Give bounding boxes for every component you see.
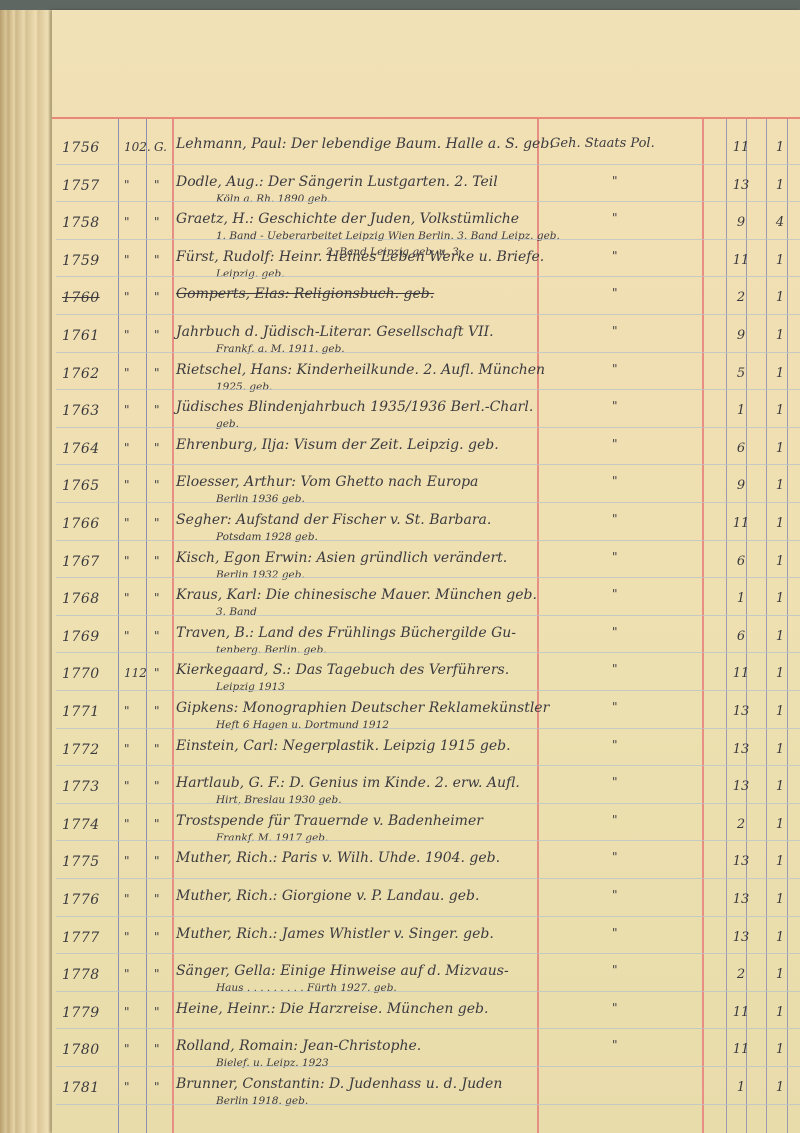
- entry-number: 1759: [62, 253, 100, 269]
- ditto-mark: ": [612, 512, 618, 526]
- ditto-mark: ": [612, 550, 618, 564]
- ditto-mark: ": [612, 362, 618, 376]
- row-rule: [56, 803, 800, 804]
- quantity: 13: [728, 742, 754, 757]
- ledger-row: 1766 " " Segher: Aufstand der Fischer v.…: [52, 506, 800, 543]
- entry-number: 1772: [62, 742, 100, 758]
- quantity: 13: [728, 854, 754, 869]
- row-rule: [56, 577, 800, 578]
- title-text: Kisch, Egon Erwin: Asien gründlich verän…: [176, 550, 507, 566]
- reference-mark: ": [124, 554, 130, 568]
- ledger-row: 1759 " " Fürst, Rudolf: Heinr. Heines Le…: [52, 243, 800, 280]
- ditto-mark: ": [612, 700, 618, 714]
- signature-mark: ": [154, 817, 160, 831]
- imprint-text: Leipzig 1913: [176, 681, 285, 693]
- ledger-row: 1761 " " Jahrbuch d. Jüdisch-Literar. Ge…: [52, 318, 800, 355]
- title-text: Lehmann, Paul: Der lebendige Baum. Halle…: [176, 136, 554, 152]
- quantity: 1: [728, 403, 754, 418]
- count: 1: [770, 854, 790, 869]
- count: 1: [770, 478, 790, 493]
- count: 1: [770, 441, 790, 456]
- row-rule: [56, 389, 800, 390]
- reference-mark: ": [124, 478, 130, 492]
- quantity: 2: [728, 817, 754, 832]
- count: 1: [770, 666, 790, 681]
- reference-mark: ": [124, 817, 130, 831]
- reference-mark: ": [124, 1005, 130, 1019]
- row-rule: [56, 840, 800, 841]
- reference-mark: ": [124, 704, 130, 718]
- row-rule: [56, 765, 800, 766]
- entry-number: 1768: [62, 591, 100, 607]
- count: 1: [770, 290, 790, 305]
- ledger-row: 1770 112 " Kierkegaard, S.: Das Tagebuch…: [52, 656, 800, 693]
- quantity: 11: [728, 253, 754, 268]
- imprint-text: [176, 945, 216, 957]
- quantity: 11: [728, 516, 754, 531]
- ditto-mark: ": [612, 474, 618, 488]
- imprint-text: Heft 6 Hagen u. Dortmund 1912: [176, 719, 389, 731]
- signature-mark: ": [154, 591, 160, 605]
- reference-mark: ": [124, 779, 130, 793]
- signature-mark: ": [154, 516, 160, 530]
- signature-mark: ": [154, 967, 160, 981]
- page-edges: [0, 10, 60, 1133]
- title-text: Eloesser, Arthur: Vom Ghetto nach Europa: [176, 474, 478, 490]
- imprint-text: 1. Band - Ueberarbeitet Leipzig Wien Ber…: [176, 230, 560, 242]
- row-rule: [56, 728, 800, 729]
- signature-mark: ": [154, 704, 160, 718]
- title-text: Brunner, Constantin: D. Judenhass u. d. …: [176, 1076, 502, 1092]
- ledger-row: 1758 " " Graetz, H.: Geschichte der Jude…: [52, 205, 800, 242]
- reference-mark: ": [124, 366, 130, 380]
- reference-mark: ": [124, 892, 130, 906]
- reference-mark: ": [124, 178, 130, 192]
- signature-mark: ": [154, 854, 160, 868]
- ledger-row: 1762 " " Rietschel, Hans: Kinderheilkund…: [52, 356, 800, 393]
- count: 1: [770, 1005, 790, 1020]
- quantity: 13: [728, 892, 754, 907]
- entry-number: 1763: [62, 403, 100, 419]
- signature-mark: ": [154, 779, 160, 793]
- entry-number: 1765: [62, 478, 100, 494]
- ditto-mark: ": [612, 1038, 618, 1052]
- ditto-mark: ": [612, 587, 618, 601]
- title-text: Muther, Rich.: James Whistler v. Singer.…: [176, 926, 494, 942]
- ditto-mark: ": [612, 286, 618, 300]
- imprint-text: Frankf. a. M. 1911. geb.: [176, 343, 345, 355]
- imprint-text: [176, 869, 216, 881]
- row-rule: [56, 916, 800, 917]
- count: 1: [770, 366, 790, 381]
- count: 1: [770, 140, 790, 155]
- signature-mark: G.: [154, 140, 167, 154]
- row-rule: [56, 1028, 800, 1029]
- imprint-text: 1925. geb.: [176, 381, 272, 393]
- title-text: Einstein, Carl: Negerplastik. Leipzig 19…: [176, 738, 511, 754]
- title-text: Rietschel, Hans: Kinderheilkunde. 2. Auf…: [176, 362, 545, 378]
- ditto-mark: ": [612, 1001, 618, 1015]
- count: 1: [770, 704, 790, 719]
- row-rule: [56, 991, 800, 992]
- ledger-row: 1774 " " Trostspende für Trauernde v. Ba…: [52, 807, 800, 844]
- quantity: 6: [728, 554, 754, 569]
- ditto-mark: ": [612, 738, 618, 752]
- count: 1: [770, 742, 790, 757]
- row-rule: [56, 276, 800, 277]
- imprint-text: Berlin 1932 geb.: [176, 569, 305, 581]
- imprint-text: Leipzig. geb.: [176, 268, 285, 280]
- entry-number: 1767: [62, 554, 100, 570]
- ditto-mark: ": [612, 662, 618, 676]
- entry-number: 1779: [62, 1005, 100, 1021]
- title-text: Graetz, H.: Geschichte der Juden, Volkst…: [176, 211, 519, 227]
- signature-mark: ": [154, 290, 160, 304]
- title-text: Fürst, Rudolf: Heinr. Heines Leben Werke…: [176, 249, 544, 265]
- signature-mark: ": [154, 215, 160, 229]
- imprint-text-2: [176, 171, 326, 183]
- count: 1: [770, 516, 790, 531]
- entry-number: 1775: [62, 854, 100, 870]
- ledger-row: 1777 " " Muther, Rich.: James Whistler v…: [52, 920, 800, 957]
- count: 1: [770, 892, 790, 907]
- reference-mark: ": [124, 629, 130, 643]
- ditto-mark: ": [612, 249, 618, 263]
- count: 1: [770, 591, 790, 606]
- reference-mark: ": [124, 591, 130, 605]
- signature-mark: ": [154, 178, 160, 192]
- ditto-mark: ": [612, 813, 618, 827]
- imprint-text-2: [176, 1111, 326, 1123]
- reference-mark: ": [124, 1080, 130, 1094]
- signature-mark: ": [154, 666, 160, 680]
- signature-mark: ": [154, 1005, 160, 1019]
- ledger-row: 1768 " " Kraus, Karl: Die chinesische Ma…: [52, 581, 800, 618]
- count: 1: [770, 779, 790, 794]
- title-text: Heine, Heinr.: Die Harzreise. München ge…: [176, 1001, 488, 1017]
- entry-title: Brunner, Constantin: D. Judenhass u. d. …: [176, 1076, 502, 1124]
- title-text: Kierkegaard, S.: Das Tagebuch des Verfüh…: [176, 662, 509, 678]
- ditto-mark: ": [612, 324, 618, 338]
- title-text: Traven, B.: Land des Frühlings Büchergil…: [176, 625, 516, 641]
- source-text: Geh. Staats Pol.: [550, 136, 655, 151]
- row-rule: [56, 1066, 800, 1067]
- ledger-row: 1767 " " Kisch, Egon Erwin: Asien gründl…: [52, 544, 800, 581]
- reference-mark: ": [124, 403, 130, 417]
- reference-mark: ": [124, 328, 130, 342]
- ditto-mark: ": [612, 926, 618, 940]
- quantity: 2: [728, 290, 754, 305]
- signature-mark: ": [154, 478, 160, 492]
- scan-top-border: [0, 0, 800, 10]
- count: 1: [770, 403, 790, 418]
- signature-mark: ": [154, 892, 160, 906]
- entry-number: 1760: [62, 290, 100, 306]
- imprint-text: Berlin 1918. geb.: [176, 1095, 308, 1107]
- imprint-text: [176, 155, 216, 167]
- quantity: 9: [728, 215, 754, 230]
- row-rule: [56, 690, 800, 691]
- entry-number: 1769: [62, 629, 100, 645]
- ledger-row: 1771 " " Gipkens: Monographien Deutscher…: [52, 694, 800, 731]
- quantity: 5: [728, 366, 754, 381]
- entry-number: 1766: [62, 516, 100, 532]
- row-rule: [56, 427, 800, 428]
- imprint-text: Berlin 1936 geb.: [176, 493, 305, 505]
- row-rule: [56, 352, 800, 353]
- title-text: Hartlaub, G. F.: D. Genius im Kinde. 2. …: [176, 775, 520, 791]
- imprint-text: [176, 757, 216, 769]
- reference-mark: ": [124, 742, 130, 756]
- count: 1: [770, 178, 790, 193]
- ledger-page: 1756 102. G. Lehmann, Paul: Der lebendig…: [52, 10, 800, 1133]
- imprint-text: [176, 907, 216, 919]
- imprint-text: Haus . . . . . . . . . Fürth 1927. geb.: [176, 982, 397, 994]
- reference-mark: ": [124, 967, 130, 981]
- title-text: Kraus, Karl: Die chinesische Mauer. Münc…: [176, 587, 537, 603]
- row-rule: [56, 652, 800, 653]
- quantity: 1: [728, 591, 754, 606]
- signature-mark: ": [154, 1042, 160, 1056]
- row-rule: [56, 1104, 800, 1105]
- count: 1: [770, 967, 790, 982]
- ledger-row: 1775 " " Muther, Rich.: Paris v. Wilh. U…: [52, 844, 800, 881]
- ledger-row: 1769 " " Traven, B.: Land des Frühlings …: [52, 619, 800, 656]
- signature-mark: ": [154, 629, 160, 643]
- ditto-mark: ": [612, 174, 618, 188]
- count: 1: [770, 629, 790, 644]
- count: 1: [770, 1080, 790, 1095]
- entry-number: 1770: [62, 666, 100, 682]
- entry-number: 1773: [62, 779, 100, 795]
- quantity: 13: [728, 930, 754, 945]
- ditto-mark: ": [612, 437, 618, 451]
- signature-mark: ": [154, 328, 160, 342]
- count: 1: [770, 1042, 790, 1057]
- row-rule: [56, 201, 800, 202]
- quantity: 2: [728, 967, 754, 982]
- title-text: Jahrbuch d. Jüdisch-Literar. Gesellschaf…: [176, 324, 494, 340]
- entry-number: 1771: [62, 704, 100, 720]
- quantity: 6: [728, 441, 754, 456]
- ledger-row: 1763 " " Jüdisches Blindenjahrbuch 1935/…: [52, 393, 800, 430]
- ditto-mark: ": [612, 211, 618, 225]
- count: 4: [770, 215, 790, 230]
- count: 1: [770, 253, 790, 268]
- signature-mark: ": [154, 366, 160, 380]
- imprint-text: Bielef. u. Leipz. 1923: [176, 1057, 329, 1069]
- reference-mark: 102.: [124, 140, 151, 154]
- ledger-row: 1765 " " Eloesser, Arthur: Vom Ghetto na…: [52, 468, 800, 505]
- title-text: Muther, Rich.: Giorgione v. P. Landau. g…: [176, 888, 479, 904]
- row-rule: [56, 540, 800, 541]
- imprint-text: Potsdam 1928 geb.: [176, 531, 318, 543]
- reference-mark: ": [124, 441, 130, 455]
- quantity: 13: [728, 704, 754, 719]
- signature-mark: ": [154, 403, 160, 417]
- ledger-row: 1773 " " Hartlaub, G. F.: D. Genius im K…: [52, 769, 800, 806]
- reference-mark: ": [124, 516, 130, 530]
- header-rule: [52, 117, 800, 119]
- entry-number: 1764: [62, 441, 100, 457]
- entry-number: 1781: [62, 1080, 100, 1096]
- title-text: Rolland, Romain: Jean-Christophe.: [176, 1038, 421, 1054]
- ledger-row: 1781 " " Brunner, Constantin: D. Judenha…: [52, 1070, 800, 1107]
- count: 1: [770, 328, 790, 343]
- ditto-mark: ": [612, 625, 618, 639]
- imprint-text: [176, 456, 216, 468]
- imprint-text: Hirt, Breslau 1930 geb.: [176, 794, 342, 806]
- title-text: Jüdisches Blindenjahrbuch 1935/1936 Berl…: [176, 399, 533, 415]
- imprint-text: Köln a. Rh. 1890 geb.: [176, 193, 331, 205]
- count: 1: [770, 817, 790, 832]
- ditto-mark: ": [612, 850, 618, 864]
- row-rule: [56, 239, 800, 240]
- entry-number: 1757: [62, 178, 100, 194]
- ledger-row: 1780 " " Rolland, Romain: Jean-Christoph…: [52, 1032, 800, 1069]
- ledger-row: 1764 " " Ehrenburg, Ilja: Visum der Zeit…: [52, 431, 800, 468]
- quantity: 6: [728, 629, 754, 644]
- title-text: Ehrenburg, Ilja: Visum der Zeit. Leipzig…: [176, 437, 499, 453]
- entry-number: 1774: [62, 817, 100, 833]
- reference-mark: ": [124, 215, 130, 229]
- entry-number: 1758: [62, 215, 100, 231]
- entry-title: Lehmann, Paul: Der lebendige Baum. Halle…: [176, 136, 554, 184]
- row-rule: [56, 615, 800, 616]
- signature-mark: ": [154, 930, 160, 944]
- imprint-text: 3. Band: [176, 606, 257, 618]
- quantity: 1: [728, 1080, 754, 1095]
- signature-mark: ": [154, 742, 160, 756]
- quantity: 11: [728, 140, 754, 155]
- quantity: 9: [728, 328, 754, 343]
- ledger-row: 1756 102. G. Lehmann, Paul: Der lebendig…: [52, 130, 800, 167]
- ditto-mark: ": [612, 888, 618, 902]
- imprint-text: [176, 305, 216, 317]
- entry-number: 1761: [62, 328, 100, 344]
- reference-mark: ": [124, 290, 130, 304]
- title-text: Gipkens: Monographien Deutscher Reklamek…: [176, 700, 549, 716]
- row-rule: [56, 502, 800, 503]
- ledger-row: 1778 " " Sänger, Gella: Einige Hinweise …: [52, 957, 800, 994]
- entry-number: 1762: [62, 366, 100, 382]
- ledger-row: 1772 " " Einstein, Carl: Negerplastik. L…: [52, 732, 800, 769]
- count: 1: [770, 554, 790, 569]
- title-text: Muther, Rich.: Paris v. Wilh. Uhde. 1904…: [176, 850, 500, 866]
- reference-mark: 112: [124, 666, 147, 680]
- count: 1: [770, 930, 790, 945]
- entry-number: 1777: [62, 930, 100, 946]
- signature-mark: ": [154, 441, 160, 455]
- entry-number: 1776: [62, 892, 100, 908]
- ledger-row: 1760 " " Gomperts, Elas: Religionsbuch. …: [52, 280, 800, 317]
- entry-number: 1780: [62, 1042, 100, 1058]
- quantity: 11: [728, 1005, 754, 1020]
- entry-number: 1778: [62, 967, 100, 983]
- quantity: 11: [728, 666, 754, 681]
- signature-mark: ": [154, 253, 160, 267]
- ditto-mark: ": [612, 775, 618, 789]
- title-text: Trostspende für Trauernde v. Badenheimer: [176, 813, 483, 829]
- title-text: Segher: Aufstand der Fischer v. St. Barb…: [176, 512, 491, 528]
- quantity: 13: [728, 178, 754, 193]
- row-rule: [56, 953, 800, 954]
- signature-mark: ": [154, 1080, 160, 1094]
- entry-number: 1756: [62, 140, 100, 156]
- reference-mark: ": [124, 1042, 130, 1056]
- imprint-text: [176, 1020, 216, 1032]
- reference-mark: ": [124, 930, 130, 944]
- reference-mark: ": [124, 854, 130, 868]
- title-text: Sänger, Gella: Einige Hinweise auf d. Mi…: [176, 963, 509, 979]
- row-rule: [56, 878, 800, 879]
- row-rule: [56, 464, 800, 465]
- imprint-text: tenberg. Berlin. geb.: [176, 644, 327, 656]
- ditto-mark: ": [612, 399, 618, 413]
- imprint-text: geb.: [176, 418, 239, 430]
- title-text: Gomperts, Elas: Religionsbuch. geb.: [176, 286, 434, 302]
- ditto-mark: ": [612, 963, 618, 977]
- ledger-row: 1779 " " Heine, Heinr.: Die Harzreise. M…: [52, 995, 800, 1032]
- quantity: 11: [728, 1042, 754, 1057]
- quantity: 13: [728, 779, 754, 794]
- imprint-text: Frankf. M. 1917 geb.: [176, 832, 328, 844]
- quantity: 9: [728, 478, 754, 493]
- reference-mark: ": [124, 253, 130, 267]
- signature-mark: ": [154, 554, 160, 568]
- row-rule: [56, 314, 800, 315]
- ledger-row: 1776 " " Muther, Rich.: Giorgione v. P. …: [52, 882, 800, 919]
